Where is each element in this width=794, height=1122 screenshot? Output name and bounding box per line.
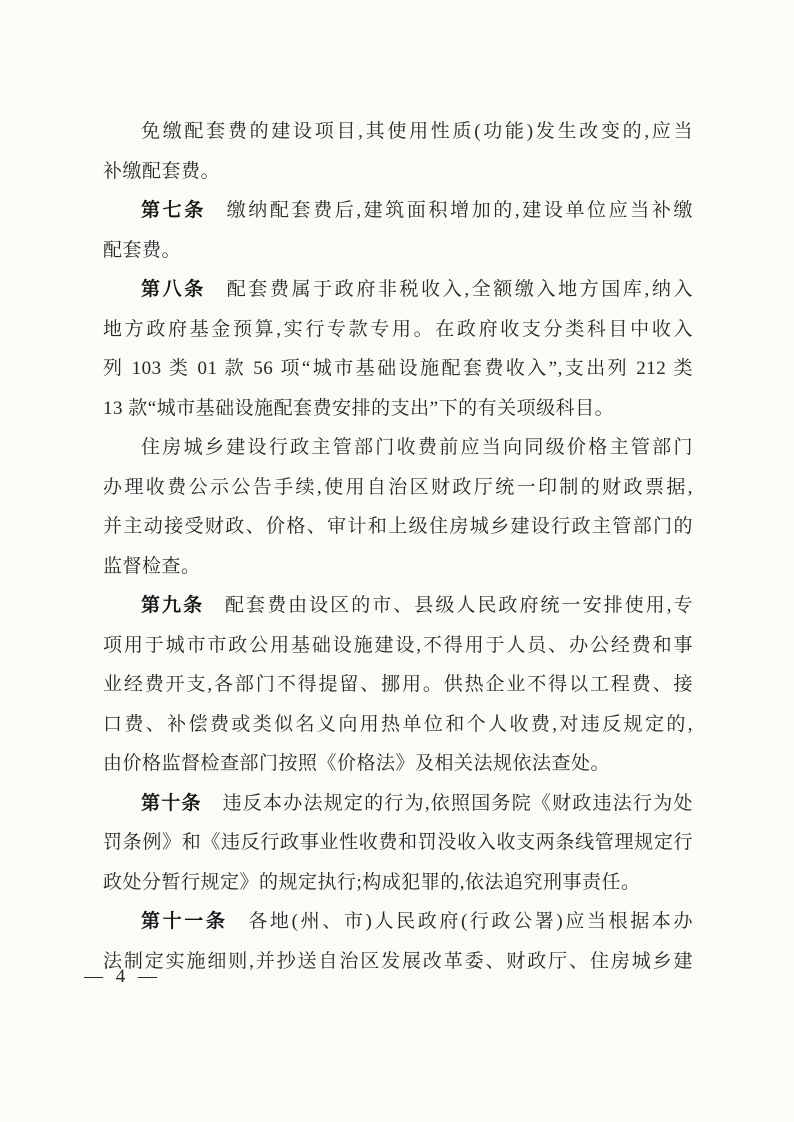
text-line: 地方政府基金预算,实行专款专用。在政府收支分类科目中收入 bbox=[103, 310, 693, 350]
text-line: 法制定实施细则,并抄送自治区发展改革委、财政厅、住房城乡建 bbox=[103, 942, 693, 982]
text-line: 配套费。 bbox=[103, 231, 693, 271]
article-heading: 第七条 bbox=[141, 200, 206, 221]
article-paragraph: 第七条缴纳配套费后,建筑面积增加的,建设单位应当补缴配套费。 bbox=[103, 191, 693, 270]
text-line: 第十一条各地(州、市)人民政府(行政公署)应当根据本办 bbox=[103, 902, 693, 942]
text-line: 并主动接受财政、价格、审计和上级住房城乡建设行政主管部门的 bbox=[103, 507, 693, 547]
text-line: 政处分暂行规定》的规定执行;构成犯罪的,依法追究刑事责任。 bbox=[103, 863, 693, 903]
text-line: 项用于城市市政公用基础设施建设,不得用于人员、办公经费和事 bbox=[103, 626, 693, 666]
document-page: 免缴配套费的建设项目,其使用性质(功能)发生改变的,应当补缴配套费。第七条缴纳配… bbox=[0, 0, 794, 1122]
line-text: 违反本办法规定的行为,依照国务院《财政违法行为处 bbox=[223, 793, 693, 814]
article-paragraph: 第九条配套费由设区的市、县级人民政府统一安排使用,专项用于城市市政公用基础设施建… bbox=[103, 586, 693, 784]
text-line: 第十条违反本办法规定的行为,依照国务院《财政违法行为处 bbox=[103, 784, 693, 824]
article-paragraph: 第八条配套费属于政府非税收入,全额缴入地方国库,纳入地方政府基金预算,实行专款专… bbox=[103, 270, 693, 428]
article-heading: 第八条 bbox=[141, 279, 206, 300]
text-line: 13 款“城市基础设施配套费安排的支出”下的有关项级科目。 bbox=[103, 389, 693, 429]
text-line: 第八条配套费属于政府非税收入,全额缴入地方国库,纳入 bbox=[103, 270, 693, 310]
line-text: 各地(州、市)人民政府(行政公署)应当根据本办 bbox=[248, 911, 693, 932]
article-paragraph: 住房城乡建设行政主管部门收费前应当向同级价格主管部门办理收费公示公告手续,使用自… bbox=[103, 428, 693, 586]
line-text: 配套费由设区的市、县级人民政府统一安排使用,专 bbox=[225, 595, 693, 616]
text-line: 罚条例》和《违反行政事业性收费和罚没收入收支两条线管理规定行 bbox=[103, 823, 693, 863]
text-line: 监督检查。 bbox=[103, 547, 693, 587]
text-line: 口费、补偿费或类似名义向用热单位和个人收费,对违反规定的, bbox=[103, 705, 693, 745]
text-line: 列 103 类 01 款 56 项“城市基础设施配套费收入”,支出列 212 类 bbox=[103, 349, 693, 389]
line-text: 缴纳配套费后,建筑面积增加的,建设单位应当补缴 bbox=[227, 200, 693, 221]
article-heading: 第十一条 bbox=[141, 911, 228, 932]
page-number: — 4 — bbox=[84, 966, 161, 988]
text-line: 第九条配套费由设区的市、县级人民政府统一安排使用,专 bbox=[103, 586, 693, 626]
text-line: 免缴配套费的建设项目,其使用性质(功能)发生改变的,应当 bbox=[103, 112, 693, 152]
line-text: 配套费属于政府非税收入,全额缴入地方国库,纳入 bbox=[227, 279, 693, 300]
article-paragraph: 第十条违反本办法规定的行为,依照国务院《财政违法行为处罚条例》和《违反行政事业性… bbox=[103, 784, 693, 903]
article-heading: 第十条 bbox=[141, 793, 202, 814]
text-line: 补缴配套费。 bbox=[103, 152, 693, 192]
document-body: 免缴配套费的建设项目,其使用性质(功能)发生改变的,应当补缴配套费。第七条缴纳配… bbox=[103, 112, 693, 981]
text-line: 办理收费公示公告手续,使用自治区财政厅统一印制的财政票据, bbox=[103, 468, 693, 508]
text-line: 住房城乡建设行政主管部门收费前应当向同级价格主管部门 bbox=[103, 428, 693, 468]
article-heading: 第九条 bbox=[141, 595, 204, 616]
article-paragraph: 第十一条各地(州、市)人民政府(行政公署)应当根据本办法制定实施细则,并抄送自治… bbox=[103, 902, 693, 981]
text-line: 由价格监督检查部门按照《价格法》及相关法规依法查处。 bbox=[103, 744, 693, 784]
text-line: 业经费开支,各部门不得提留、挪用。供热企业不得以工程费、接 bbox=[103, 665, 693, 705]
text-line: 第七条缴纳配套费后,建筑面积增加的,建设单位应当补缴 bbox=[103, 191, 693, 231]
article-paragraph: 免缴配套费的建设项目,其使用性质(功能)发生改变的,应当补缴配套费。 bbox=[103, 112, 693, 191]
